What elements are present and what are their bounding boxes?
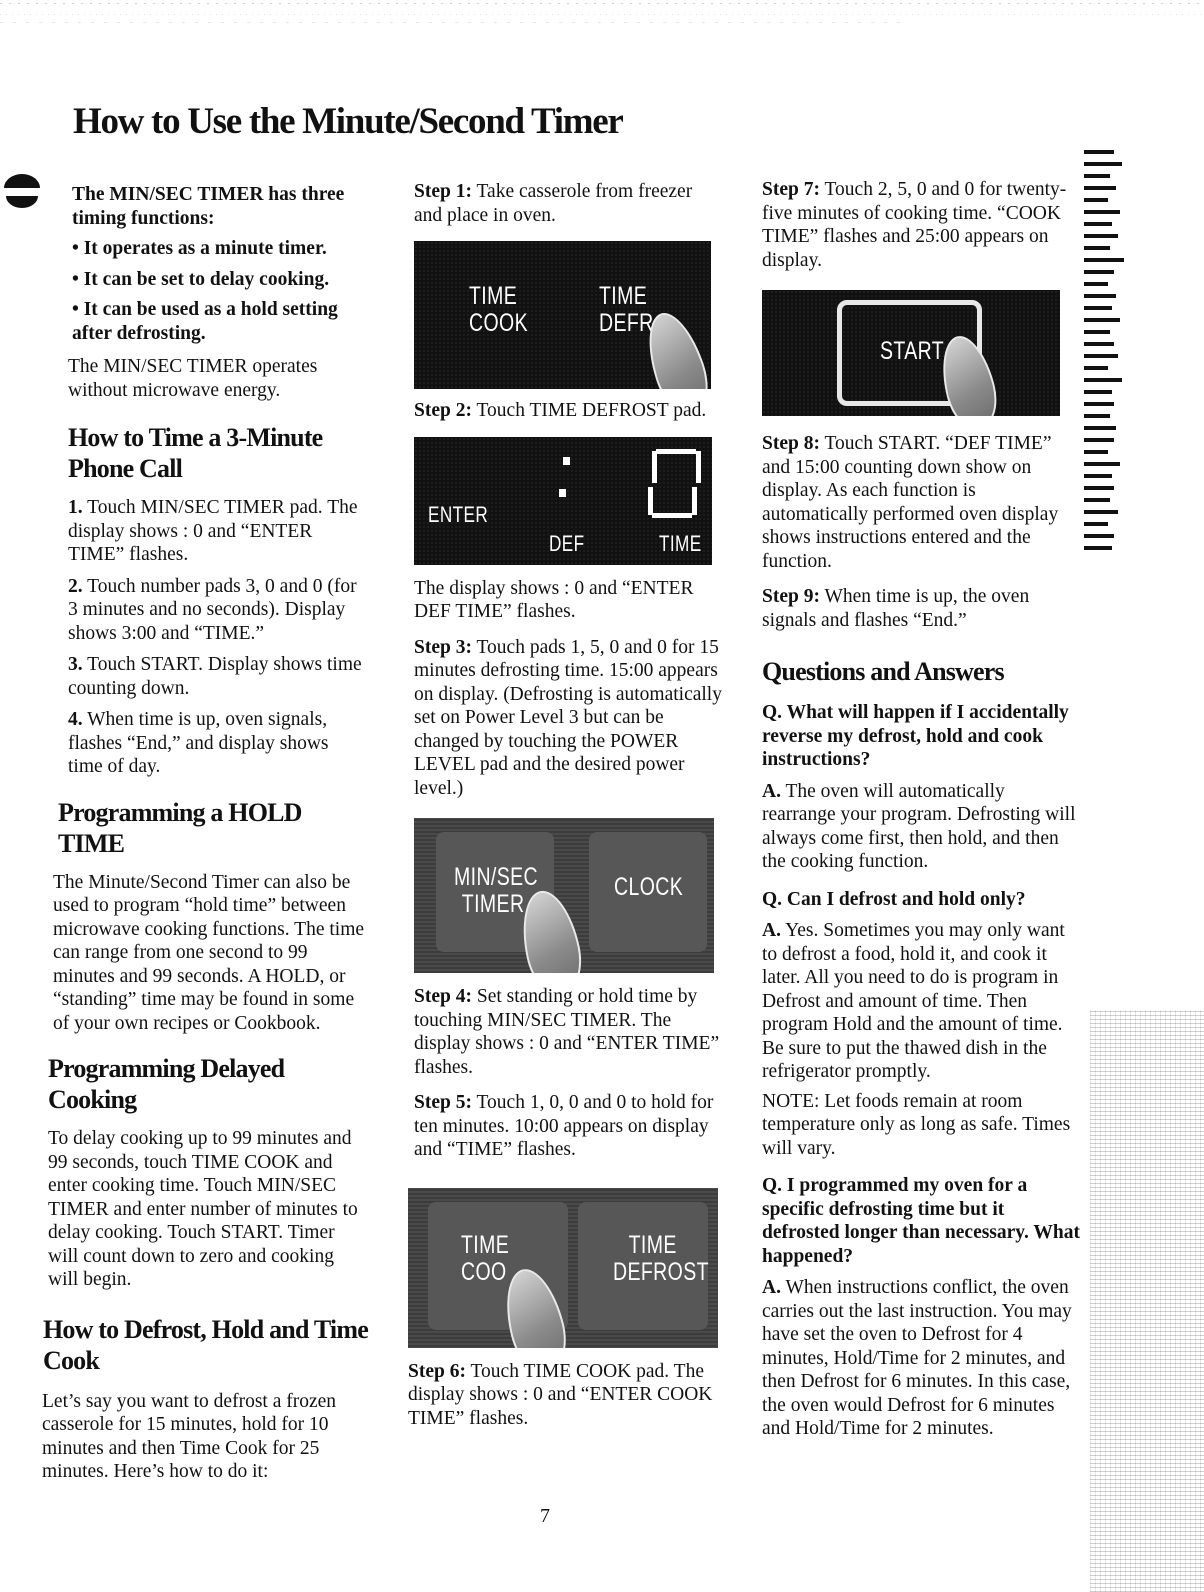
display-label-def: DEF bbox=[549, 530, 584, 557]
pad-label: CLOCK bbox=[614, 874, 683, 901]
digit-segment bbox=[648, 487, 653, 515]
scan-edge-marks bbox=[1084, 150, 1144, 558]
image-display-enter-def-time: ENTER DEF TIME bbox=[414, 437, 712, 565]
step-1: Step 1: Take casserole from freezer and … bbox=[414, 180, 724, 227]
page-number: 7 bbox=[540, 1505, 550, 1528]
step-5: Step 5: Touch 1, 0, 0 and 0 to hold for … bbox=[414, 1091, 724, 1162]
step-8: Step 8: Touch START. “DEF TIME” and 15:0… bbox=[762, 432, 1082, 573]
answer: A. The oven will automatically rearrange… bbox=[762, 780, 1082, 874]
list-item: 3. Touch START. Display shows time count… bbox=[68, 653, 368, 700]
bullet-item: • It can be set to delay cooking. bbox=[72, 268, 368, 292]
answer: A. When instructions conflict, the oven … bbox=[762, 1276, 1082, 1441]
image-time-defrost-pad: TIMECOOK TIMEDEFR bbox=[414, 241, 711, 389]
digit-segment bbox=[656, 449, 696, 454]
section-heading-phone-call: How to Time a 3-Minute Phone Call bbox=[68, 422, 368, 484]
column-left: The MIN/SEC TIMER has three timing funct… bbox=[48, 180, 368, 1484]
hotpoint-logo-icon bbox=[2, 172, 42, 212]
column-middle: Step 1: Take casserole from freezer and … bbox=[414, 180, 724, 1430]
display-label-time: TIME bbox=[659, 530, 702, 557]
image-start-pad: START bbox=[762, 290, 1060, 416]
pad-label: TIMECOO bbox=[461, 1232, 509, 1286]
intro-note: The MIN/SEC TIMER operates without micro… bbox=[68, 355, 368, 402]
digit-segment bbox=[696, 451, 701, 483]
question: Q. I programmed my oven for a specific d… bbox=[762, 1174, 1082, 1268]
bullet-item: • It operates as a minute timer. bbox=[72, 237, 368, 261]
delayed-body: To delay cooking up to 99 minutes and 99… bbox=[48, 1127, 368, 1292]
answer: A. Yes. Sometimes you may only want to d… bbox=[762, 919, 1082, 1084]
pad-label: TIMECOOK bbox=[469, 283, 528, 337]
list-item: 4. When time is up, oven signals, flashe… bbox=[68, 708, 368, 779]
scan-noise-top bbox=[0, 0, 1204, 30]
list-item: 2. Touch number pads 3, 0 and 0 (for 3 m… bbox=[68, 575, 368, 646]
page-title: How to Use the Minute/Second Timer bbox=[73, 100, 622, 143]
step-7: Step 7: Touch 2, 5, 0 and 0 for twenty-f… bbox=[762, 178, 1082, 272]
colon-icon bbox=[559, 489, 566, 497]
pad-label: TIMEDEFROST bbox=[613, 1232, 709, 1286]
list-item: 1. Touch MIN/SEC TIMER pad. The display … bbox=[68, 496, 368, 567]
step-6: Step 6: Touch TIME COOK pad. The display… bbox=[408, 1360, 724, 1431]
answer-note: NOTE: Let foods remain at room temperatu… bbox=[762, 1090, 1082, 1161]
bullet-item: • It can be used as a hold setting after… bbox=[72, 298, 368, 345]
step-9: Step 9: When time is up, the oven signal… bbox=[762, 585, 1082, 632]
image-min-sec-timer-pad: MIN/SECTIMER CLOCK bbox=[414, 818, 714, 973]
pad-label: START bbox=[880, 338, 944, 365]
pad-label: TIMEDEFR bbox=[599, 283, 654, 337]
colon-icon bbox=[563, 457, 570, 465]
digit-segment bbox=[652, 451, 657, 483]
column-right: Step 7: Touch 2, 5, 0 and 0 for twenty-f… bbox=[762, 180, 1082, 1441]
step-3: Step 3: Touch pads 1, 5, 0 and 0 for 15 … bbox=[414, 636, 724, 801]
question: Q. What will happen if I accidentally re… bbox=[762, 701, 1082, 772]
display-label-enter: ENTER bbox=[428, 501, 488, 528]
digit-segment bbox=[652, 513, 692, 518]
section-heading-defrost-hold: How to Defrost, Hold and Time Cook bbox=[43, 1314, 368, 1376]
question: Q. Can I defrost and hold only? bbox=[762, 888, 1082, 912]
digit-segment bbox=[692, 487, 697, 515]
section-heading-hold-time: Programming a HOLD TIME bbox=[58, 797, 368, 859]
section-heading-delayed-cooking: Programming Delayed Cooking bbox=[48, 1053, 368, 1115]
defrost-hold-body: Let’s say you want to defrost a frozen c… bbox=[42, 1390, 368, 1484]
section-heading-qa: Questions and Answers bbox=[762, 656, 1082, 687]
intro-heading: The MIN/SEC TIMER has three timing funct… bbox=[72, 183, 368, 230]
step-2: Step 2: Touch TIME DEFROST pad. bbox=[414, 399, 724, 423]
step-2-note: The display shows : 0 and “ENTER DEF TIM… bbox=[414, 577, 724, 624]
image-time-cook-pad: TIMECOO TIMEDEFROST bbox=[408, 1188, 718, 1348]
hold-time-body: The Minute/Second Timer can also be used… bbox=[53, 871, 368, 1036]
step-4: Step 4: Set standing or hold time by tou… bbox=[414, 985, 724, 1079]
scan-edge-noise bbox=[1090, 1010, 1204, 1592]
